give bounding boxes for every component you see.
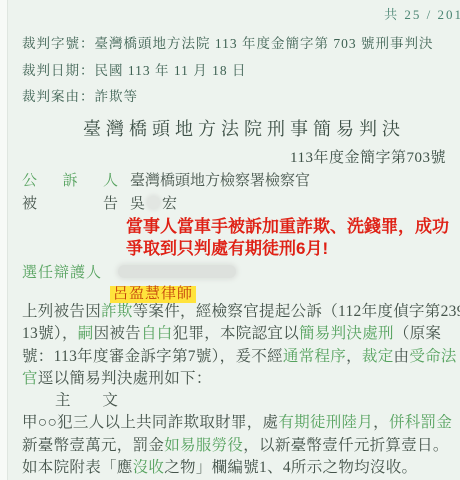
metadata-label: 裁判字號： [22,36,95,51]
judgment-metadata: 裁判字號：臺灣橋頭地方法院 113 年度金簡字第 703 號刑事判決 裁判日期：… [22,31,434,111]
body-line: 上列被告因詐欺等案件，經檢察官提起公訴（112年度偵字第239 [22,301,448,323]
annotation-line-2: 爭取到只判處有期徒刑6月! [126,238,449,260]
defendant-name: 吳宏 [130,196,177,212]
defense-counsel-label: 選任辯護人 [22,265,102,281]
lawyer-name-row: 呂盈慧律師 [110,282,196,303]
metadata-value: 詐欺等 [95,89,139,104]
document-title: 臺灣橋頭地方法院刑事簡易判決 [0,115,460,141]
redaction-blur [118,265,236,278]
parties-section: 公訴人臺灣橋頭地方檢察署檢察官 被告吳宏 [22,170,310,216]
defense-counsel-row: 選任辯護人 [22,261,236,282]
page-indicator: 共 25 / 201 [384,4,460,23]
defendant-surname: 吳 [130,196,145,212]
metadata-value: 民國 113 年 11 月 18 日 [95,63,247,78]
prosecutor-label: 公訴人 [22,170,118,193]
metadata-row-cause: 裁判案由：詐欺等 [22,84,434,111]
metadata-row-date: 裁判日期：民國 113 年 11 月 18 日 [22,58,434,85]
page-left-edge [0,0,8,480]
defendant-given-name: 宏 [162,196,177,212]
metadata-value: 臺灣橋頭地方法院 113 年度金簡字第 703 號刑事判決 [95,36,434,51]
body-line: 號：113年度審金訴字第7號），爰不經通常程序，裁定由受命法 [22,346,448,368]
defendant-label: 被告 [22,193,118,216]
prosecutor-name: 臺灣橋頭地方檢察署檢察官 [130,173,310,189]
case-number: 113年度金簡字第703號 [290,146,446,167]
annotation-line-1: 當事人當車手被訴加重詐欺、洗錢罪，成功 [126,216,449,238]
body-line: 13號），嗣因被告自白犯罪，本院認宜以簡易判決處刑（原案 [22,323,448,345]
metadata-label: 裁判案由： [22,89,95,104]
judgment-document-page: 共 25 / 201 裁判字號：臺灣橋頭地方法院 113 年度金簡字第 703 … [0,0,460,480]
verdict-line: 如本院附表「應沒收之物」欄編號1、4所示之物均沒收。 [22,457,448,479]
verdict-line: 甲○○犯三人以上共同詐欺取財罪，處有期徒刑陸月，併科罰金 [22,412,448,434]
metadata-label: 裁判日期： [22,63,95,78]
metadata-row-case-number: 裁判字號：臺灣橋頭地方法院 113 年度金簡字第 703 號刑事判決 [22,31,434,58]
prosecutor-row: 公訴人臺灣橋頭地方檢察署檢察官 [22,170,310,193]
main-text-heading: 主 文 [55,390,448,412]
body-line: 官逕以簡易判決處刑如下： [22,368,448,390]
defendant-row: 被告吳宏 [22,193,310,216]
verdict-line: 新臺幣壹萬元，罰金如易服勞役，以新臺幣壹仟元折算壹日。 [22,435,448,457]
red-annotation-banner: 當事人當車手被訴加重詐欺、洗錢罪，成功 爭取到只判處有期徒刑6月! [126,216,449,260]
judgment-body: 上列被告因詐欺等案件，經檢察官提起公訴（112年度偵字第239 13號），嗣因被… [22,301,448,479]
redaction-dot [147,196,160,209]
